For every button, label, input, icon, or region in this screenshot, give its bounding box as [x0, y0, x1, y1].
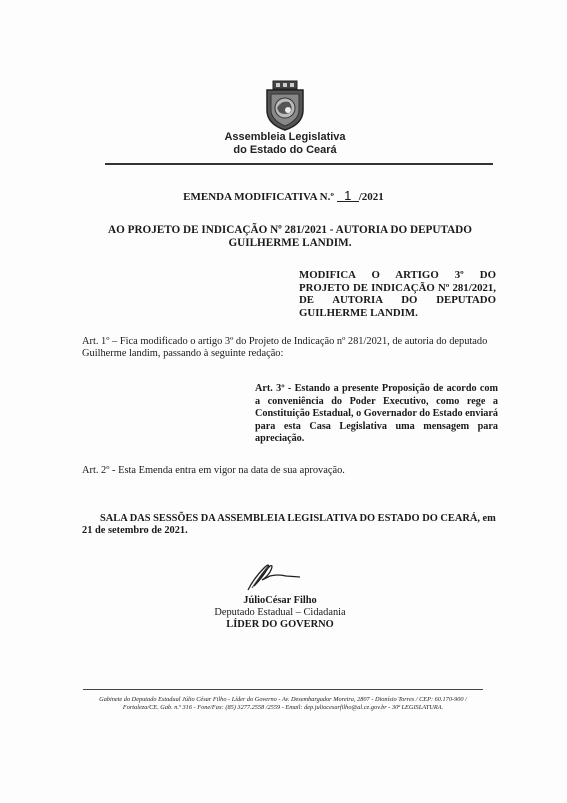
- signer-name: JúlioCésar Filho: [190, 595, 370, 607]
- signature-mark: [240, 560, 310, 592]
- institution-name: Assembleia Legislativa do Estado do Cear…: [180, 131, 390, 157]
- signer-title: LÍDER DO GOVERNO: [190, 619, 370, 631]
- header-divider: [105, 163, 493, 165]
- footer-line-1: Gabinete do Deputado Estadual Júlio Césa…: [78, 696, 488, 704]
- ementa: MODIFICA O ARTIGO 3º DO PROJETO DE INDIC…: [299, 269, 496, 319]
- article-2: Art. 2º - Esta Emenda entra em vigor na …: [82, 465, 442, 477]
- institution-line-1: Assembleia Legislativa: [180, 131, 390, 144]
- amendment-number: 1: [337, 190, 359, 202]
- institution-line-2: do Estado do Ceará: [180, 144, 390, 157]
- coat-of-arms-icon: [261, 80, 309, 132]
- signer-role: Deputado Estadual – Cidadania: [190, 607, 370, 619]
- title-prefix: EMENDA MODIFICATIVA N.º: [183, 191, 334, 203]
- session-location-date: SALA DAS SESSÕES DA ASSEMBLEIA LEGISLATI…: [82, 513, 502, 537]
- document-title: EMENDA MODIFICATIVA N.º 1/2021: [0, 190, 567, 203]
- footer-divider: [83, 689, 483, 690]
- article-1: Art. 1º – Fica modificado o artigo 3º do…: [82, 336, 502, 360]
- article-3-new-text: Art. 3º - Estando a presente Proposição …: [255, 383, 498, 446]
- footer-address: Gabinete do Deputado Estadual Júlio Césa…: [78, 696, 488, 712]
- project-reference: AO PROJETO DE INDICAÇÃO Nº 281/2021 - AU…: [80, 224, 500, 250]
- signer-block: JúlioCésar Filho Deputado Estadual – Cid…: [190, 595, 370, 631]
- footer-line-2: Fortaleza/CE. Gab. n.º 316 - Fone/Fax: (…: [78, 704, 488, 712]
- title-suffix: /2021: [359, 191, 384, 203]
